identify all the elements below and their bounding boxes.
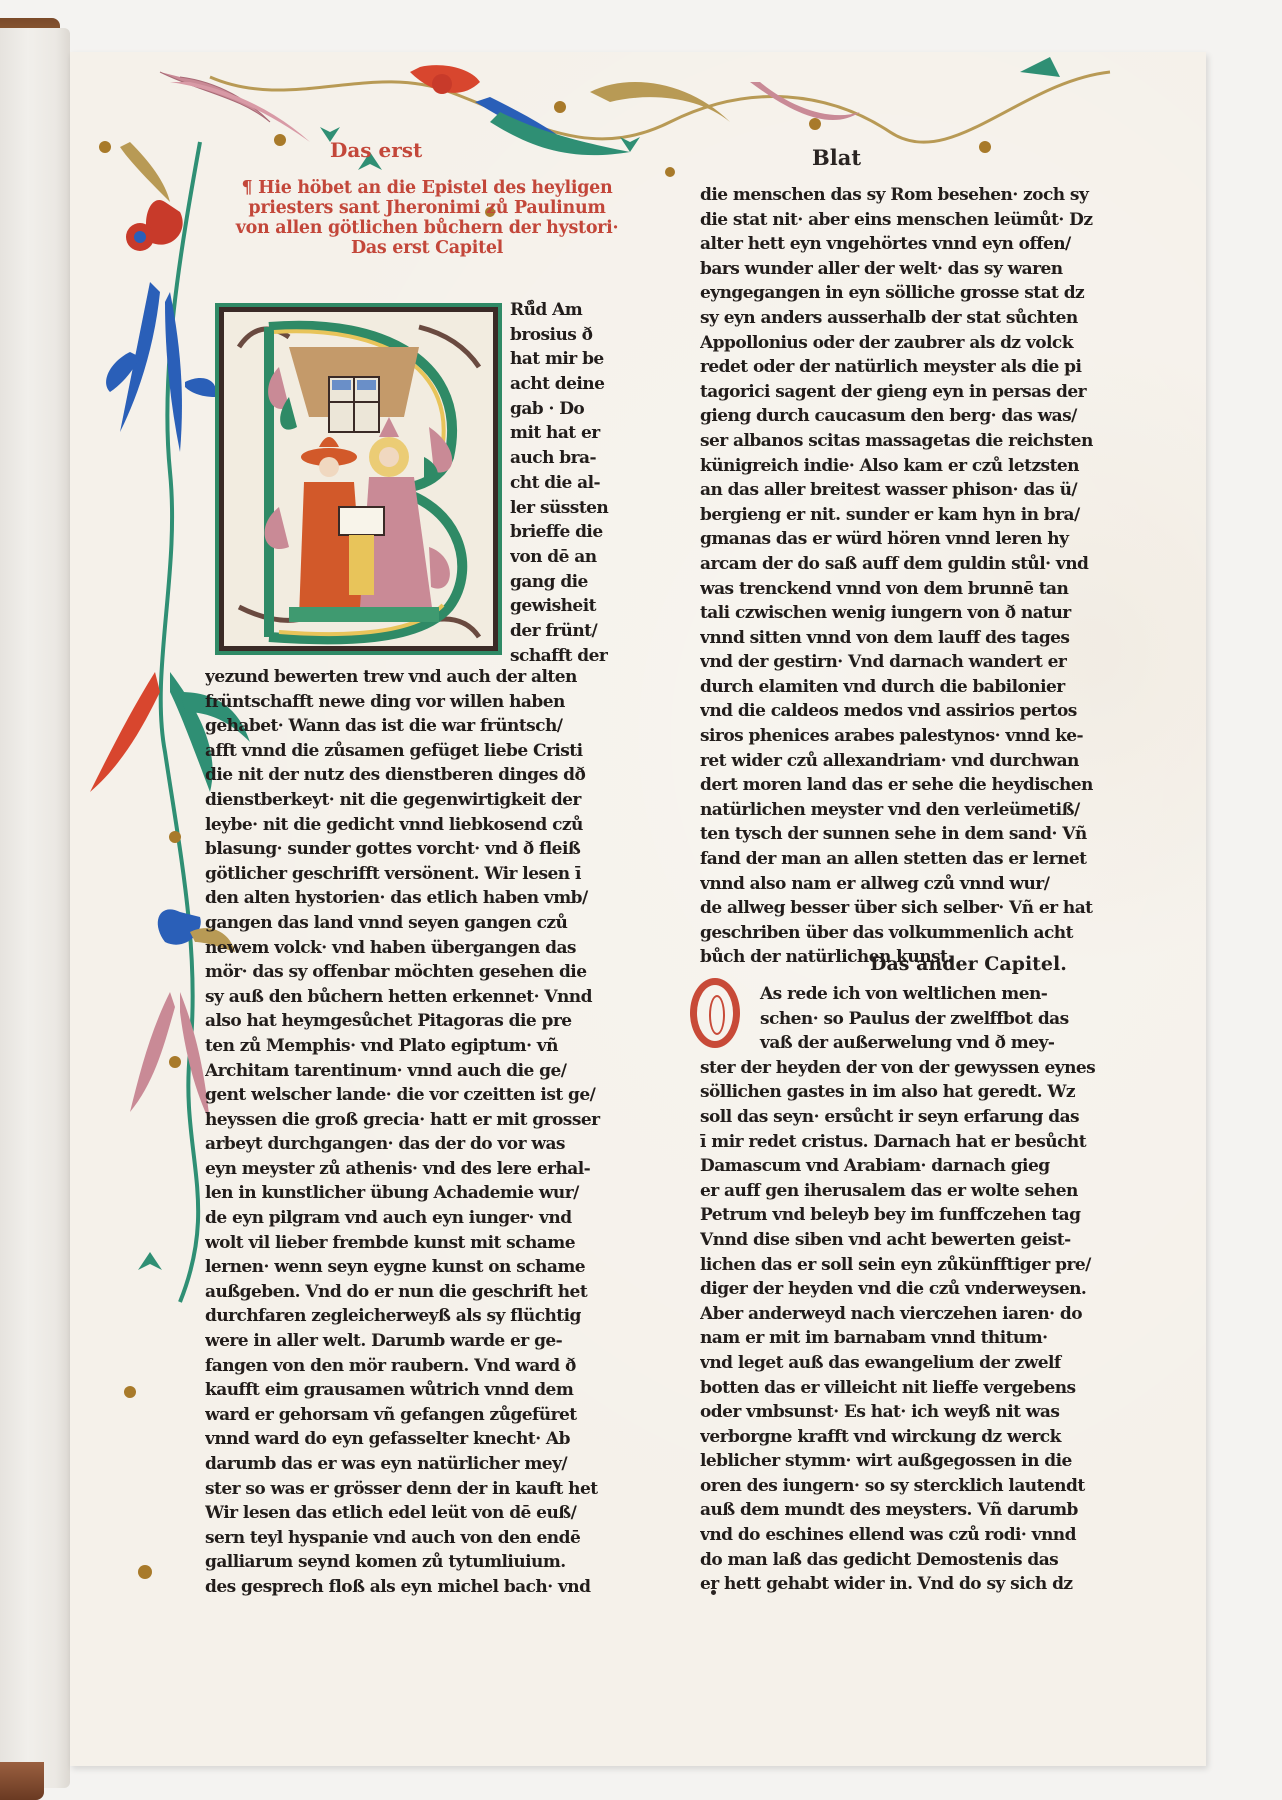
text-line: newem volck· vnd haben übergangen das [205, 936, 625, 961]
text-line: sy eyn anders ausserhalb der stat sůchte… [700, 306, 1095, 331]
text-line: were in aller welt. Darumb warde er ge- [205, 1329, 625, 1354]
ink-dot [711, 1590, 716, 1595]
text-line: gieng durch caucasum den berg· das was/ [700, 404, 1095, 429]
text-line: gangen das land vnnd seyen gangen czů [205, 911, 625, 936]
heading-line: ¶ Hie höbet an die Epistel des heyligen [232, 178, 622, 198]
text-line: von dē an [510, 545, 630, 570]
text-line: bars wunder aller der welt· das sy waren [700, 257, 1095, 282]
text-column-beside-initial: Rů̊d Am brosius ð hat mir be acht deine … [510, 298, 630, 668]
text-line: der frünt/ [510, 619, 630, 644]
text-column-right-chapter-two: As rede ich von weltlichen men- schen· s… [700, 982, 1095, 1597]
text-line: Architam tarentinum· vnnd auch die ge/ [205, 1059, 625, 1084]
book-spine-tailcap [0, 1762, 44, 1800]
text-line: fangen von den mör raubern. Vnd ward ð [205, 1354, 625, 1379]
text-line: ten tysch der sunnen sehe in dem sand· V… [700, 822, 1095, 847]
text-line: sy auß den bůchern hetten erkennet· Vnnd [205, 985, 625, 1010]
text-line: lichen das er soll sein eyn zůkünfftiger… [700, 1253, 1095, 1278]
text-line: vnd die caldeos medos vnd assirios perto… [700, 699, 1095, 724]
text-line: kaufft eim grausamen wůtrich vnnd dem [205, 1378, 625, 1403]
text-line: Appollonius oder der zaubrer als dz volc… [700, 331, 1095, 356]
text-line: lernen· wenn seyn eygne kunst on schame [205, 1255, 625, 1280]
text-line: Aber anderweyd nach vierczehen iaren· do [700, 1302, 1095, 1327]
text-line: eyn meyster zů athenis· vnd des lere erh… [205, 1157, 625, 1182]
text-line: die menschen das sy Rom besehen· zoch sy [700, 183, 1095, 208]
text-line: heyssen die groß grecia· hatt er mit gro… [205, 1108, 625, 1133]
text-line: schen· so Paulus der zwelffbot das [700, 1007, 1095, 1032]
text-line: arbeyt durchgangen· das der do vor was [205, 1132, 625, 1157]
text-line: oder vmbsunst· Es hat· ich weyß nit was [700, 1400, 1095, 1425]
text-line: durch elamiten vnd durch die babilonier [700, 675, 1095, 700]
text-line: galliarum seynd komen zů tytumliuium. [205, 1550, 625, 1575]
text-line: nam er mit im barnabam vnnd thitum· [700, 1326, 1095, 1351]
text-line: des gesprech floß als eyn michel bach· v… [205, 1575, 625, 1600]
text-line: mör· das sy offenbar möchten gesehen die [205, 960, 625, 985]
text-line: mit hat er [510, 421, 630, 446]
text-line: As rede ich von weltlichen men- [700, 982, 1095, 1007]
text-line: ret wider czů allexandriam· vnd durchwan [700, 749, 1095, 774]
text-line: ler süssten [510, 496, 630, 521]
text-line: soll das seyn· ersůcht ir seyn erfarung … [700, 1105, 1095, 1130]
text-line: gehabet· Wann das ist die war früntsch/ [205, 714, 625, 739]
text-line: yezund bewerten trew vnd auch der alten [205, 665, 625, 690]
heading-line: von allen götlichen bůchern der hystori· [232, 218, 622, 238]
text-line: tali czwischen wenig iungern von ð natur [700, 601, 1095, 626]
text-line: vnd do eschines ellend was czů rodi· vnn… [700, 1523, 1095, 1548]
text-line: vnnd sitten vnnd von dem lauff des tages [700, 626, 1095, 651]
text-line: geschriben über das volkummenlich acht [700, 921, 1095, 946]
text-line: de eyn pilgram vnd auch eyn iunger· vnd [205, 1206, 625, 1231]
text-line: acht deine [510, 372, 630, 397]
text-line: ster so was er grösser denn der in kauft… [205, 1477, 625, 1502]
text-line: vnd der gestirn· Vnd darnach wandert er [700, 650, 1095, 675]
woodcut-initial-b [215, 303, 502, 655]
text-line: oren des iungern· so sy stercklich laute… [700, 1474, 1095, 1499]
text-line: siros phenices arabes palestynos· vnnd k… [700, 724, 1095, 749]
text-line: verborgne krafft vnd wirckung dz werck [700, 1425, 1095, 1450]
text-line: sern teyl hyspanie vnd auch von den endē [205, 1526, 625, 1551]
text-line: die nit der nutz des dienstberen dinges … [205, 763, 625, 788]
chapter-two-title: Das ander Capitel. [870, 953, 1067, 975]
text-line: vnd leget auß das ewangelium der zwelf [700, 1351, 1095, 1376]
text-column-left: yezund bewerten trew vnd auch der alten … [205, 665, 625, 1600]
running-head-left: Das erst [330, 138, 422, 162]
text-line: gent welscher lande· die vor czeitten is… [205, 1083, 625, 1108]
text-line: er hett gehabt wider in. Vnd do sy sich … [700, 1572, 1095, 1597]
text-line: alter hett eyn vngehörtes vnnd eyn offen… [700, 232, 1095, 257]
text-line: vnnd also nam er allweg czů vnnd wur/ [700, 872, 1095, 897]
text-line: tagorici sagent der gieng eyn in persas … [700, 380, 1095, 405]
chapter-heading: ¶ Hie höbet an die Epistel des heyligen … [232, 178, 622, 258]
text-line: den alten hystorien· das etlich haben vm… [205, 886, 625, 911]
text-line: dert moren land das er sehe die heydisch… [700, 773, 1095, 798]
text-line: leybe· nit die gedicht vnnd liebkosend c… [205, 813, 625, 838]
text-line: ward er gehorsam vñ gefangen zůgefüret [205, 1403, 625, 1428]
text-line: bergieng er nit. sunder er kam hyn in br… [700, 503, 1095, 528]
text-line: brosius ð [510, 323, 630, 348]
woodcut-illustration-icon [219, 307, 498, 651]
text-line: arcam der do saß auff dem guldin stůl· v… [700, 552, 1095, 577]
text-line: Petrum vnd beleyb bey im funffczehen tag [700, 1203, 1095, 1228]
text-line: also hat heymgesůchet Pitagoras die pre [205, 1009, 625, 1034]
text-line: fand der man an allen stetten das er ler… [700, 847, 1095, 872]
text-line: künigreich indie· Also kam er czů letzst… [700, 454, 1095, 479]
text-line: ser albanos scitas massagetas die reichs… [700, 429, 1095, 454]
text-line: Vnnd dise siben vnd acht bewerten geist- [700, 1228, 1095, 1253]
text-line: leblicher stymm· wirt außgegossen in die [700, 1449, 1095, 1474]
text-line: götlicher geschrifft versönent. Wir lese… [205, 862, 625, 887]
text-line: botten das er villeicht nit lieffe verge… [700, 1376, 1095, 1401]
running-head-right: Blat [812, 145, 861, 170]
heading-line: priesters sant Jheronimi zů Paulinum [232, 198, 622, 218]
text-line: er auff gen iherusalem das er wolte sehe… [700, 1179, 1095, 1204]
text-line: früntschafft newe ding vor willen haben [205, 690, 625, 715]
text-line: vnnd ward do eyn gefasselter knecht· Ab [205, 1427, 625, 1452]
text-line: gang die [510, 570, 630, 595]
text-line: afft vnnd die zůsamen gefüget liebe Cris… [205, 739, 625, 764]
text-line: dienstberkeyt· nit die gegenwirtigkeit d… [205, 788, 625, 813]
text-line: die stat nit· aber eins menschen leümůt·… [700, 208, 1095, 233]
text-line: wolt vil lieber frembde kunst mit schame [205, 1231, 625, 1256]
text-line: do man laß das gedicht Demostenis das [700, 1548, 1095, 1573]
book-spine [0, 28, 70, 1788]
text-line: außgeben. Vnd do er nun die geschrift he… [205, 1280, 625, 1305]
heading-line: Das erst Capitel [232, 238, 622, 258]
text-line: Rů̊d Am [510, 298, 630, 323]
text-column-right: die menschen das sy Rom besehen· zoch sy… [700, 183, 1095, 970]
text-line: darumb das er was eyn natürlicher mey/ [205, 1452, 625, 1477]
text-line: auß dem mundt des meysters. Vñ darumb [700, 1498, 1095, 1523]
text-line: hat mir be [510, 347, 630, 372]
text-line: blasung· sunder gottes vorcht· vnd ð fle… [205, 837, 625, 862]
text-line: ster der heyden der von der gewyssen eyn… [700, 1056, 1095, 1081]
text-line: gab · Do [510, 397, 630, 422]
text-line: brieffe die [510, 520, 630, 545]
text-line: ī mir redet cristus. Darnach hat er besů… [700, 1130, 1095, 1155]
text-line: auch bra- [510, 446, 630, 471]
text-line: natürlichen meyster vnd den verleümetiß/ [700, 798, 1095, 823]
text-line: durchfaren zegleicherweyß als sy flüchti… [205, 1304, 625, 1329]
text-line: an das aller breitest wasser phison· das… [700, 478, 1095, 503]
text-line: gewisheit [510, 594, 630, 619]
text-line: redet oder der natürlich meyster als die… [700, 355, 1095, 380]
text-line: gmanas das er würd hören vnnd leren hy [700, 527, 1095, 552]
text-line: vaß der außerwelung vnd ð mey- [700, 1031, 1095, 1056]
text-line: diger der heyden vnd die czů vnderweysen… [700, 1277, 1095, 1302]
text-line: was trenckend vnnd von dem brunnē tan [700, 577, 1095, 602]
text-line: ten zů Memphis· vnd Plato egiptum· vñ [205, 1034, 625, 1059]
text-line: de allweg besser über sich selber· Vñ er… [700, 896, 1095, 921]
text-line: eyngegangen in eyn sölliche grosse stat … [700, 281, 1095, 306]
text-line: Damascum vnd Arabiam· darnach gieg [700, 1154, 1095, 1179]
text-line: Wir lesen das etlich edel leüt von dē eu… [205, 1501, 625, 1526]
text-line: len in kunstlicher übung Achademie wur/ [205, 1181, 625, 1206]
text-line: söllichen gastes in im also hat geredt. … [700, 1080, 1095, 1105]
text-line: cht die al- [510, 471, 630, 496]
